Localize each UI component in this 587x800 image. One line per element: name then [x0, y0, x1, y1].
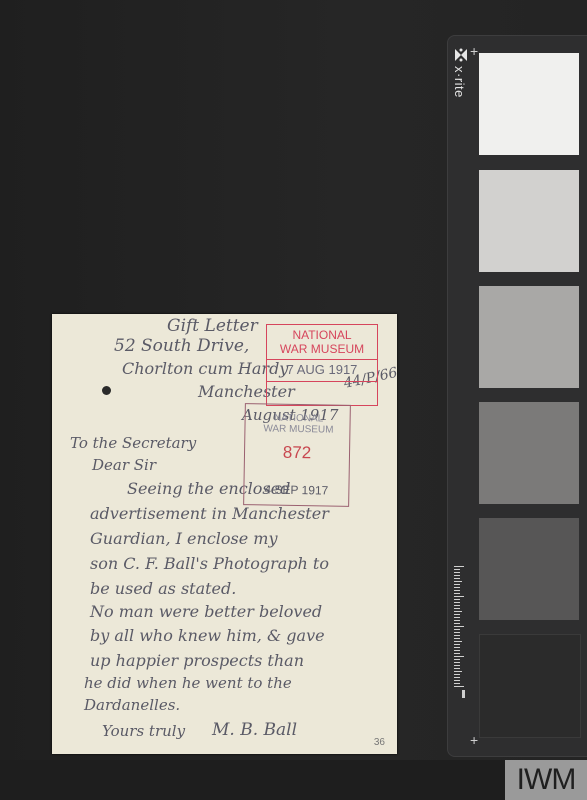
gray-patch-4 — [479, 402, 579, 504]
stamp-title-line1: NATIONAL — [267, 328, 377, 342]
gray-patch-2 — [479, 170, 579, 272]
registry-number: 872 — [245, 442, 349, 464]
gift-letter-note: Gift Letter — [167, 316, 258, 336]
stamp-date: 7 AUG 1917 — [267, 359, 377, 377]
address-line-2: Chorlton cum Hardy — [122, 359, 288, 378]
body-line: Guardian, I enclose my — [90, 529, 278, 548]
punch-hole — [102, 386, 111, 395]
closing: Yours truly — [102, 722, 185, 740]
body-line: up happier prospects than — [90, 651, 304, 670]
iwm-watermark: IWM — [505, 760, 587, 800]
address-line-1: 52 South Drive, — [114, 336, 249, 356]
registry-date: 4 SEP 1917 — [244, 482, 348, 498]
salutation-line-1: To the Secretary — [70, 434, 196, 452]
registry-stamp: NATIONAL WAR MUSEUM 872 4 SEP 1917 — [243, 403, 351, 507]
gray-patch-5 — [479, 518, 579, 620]
bottom-band — [0, 760, 587, 800]
body-line: he did when he went to the — [84, 674, 292, 692]
body-line: be used as stated. — [90, 579, 236, 598]
brand-label: x·rite — [452, 48, 470, 128]
body-line: by all who knew him, & gave — [90, 626, 325, 645]
stamp-divider — [267, 381, 377, 382]
received-stamp: NATIONAL WAR MUSEUM 7 AUG 1917 — [266, 324, 378, 406]
signature: M. B. Ball — [212, 720, 297, 740]
body-line: advertisement in Manchester — [90, 504, 329, 523]
body-line: No man were better beloved — [90, 602, 322, 621]
body-line: son C. F. Ball's Photograph to — [90, 554, 329, 573]
brand-text: x·rite — [452, 66, 467, 98]
crosshair-icon: + — [470, 44, 478, 58]
gray-patch-6 — [479, 634, 581, 738]
page-number: 36 — [374, 737, 385, 748]
body-line: Dardanelles. — [84, 696, 180, 714]
registry-title-line2: WAR MUSEUM — [249, 423, 347, 436]
crosshair-icon: + — [470, 733, 478, 747]
gray-patch-3 — [479, 286, 579, 388]
salutation-line-2: Dear Sir — [92, 456, 156, 474]
xrite-logo-icon — [454, 48, 468, 62]
gray-patch-1 — [479, 53, 579, 155]
mm-ruler — [454, 566, 468, 706]
letter-page: Gift Letter 52 South Drive, Chorlton cum… — [52, 314, 397, 754]
stamp-title-line2: WAR MUSEUM — [267, 342, 377, 356]
